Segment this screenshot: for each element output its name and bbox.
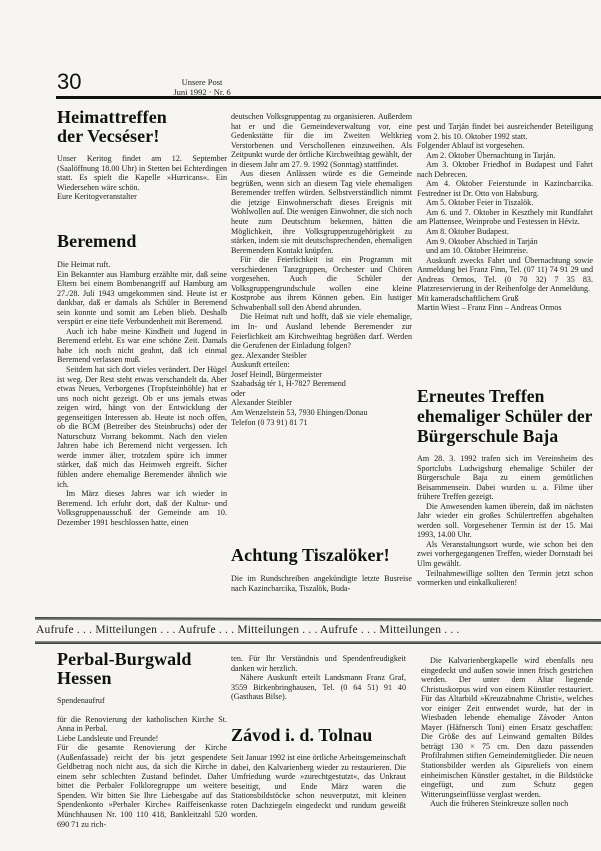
page-number: 30 (57, 70, 81, 94)
signature-line: Am Wenzelstein 53, 7930 Ehingen/Donau (231, 408, 412, 418)
divider-rule-top (35, 617, 601, 622)
paragraph: für die Renovierung der katholischen Kir… (57, 715, 227, 734)
signature-line: Telefon (0 73 91) 81 71 (231, 418, 412, 428)
signature-line: Josef Heindl, Bürgermeister (231, 370, 412, 380)
divider-text: Aufrufe . . . Mitteilungen . . . Aufrufe… (36, 623, 460, 638)
paragraph: Eure Keritogveranstalter (57, 192, 227, 202)
article-title: Erneutes Treffen ehemaliger Schüler der … (417, 386, 593, 446)
signature-line: oder (231, 389, 412, 399)
article-tiszalok-continued: pest und Tarján findet bei ausreichender… (417, 122, 593, 313)
divider-rule-bottom (35, 641, 601, 644)
signature-line: Szabadság tér 1, H-7827 Beremend (231, 379, 412, 389)
schedule-item: Am 8. Oktober Budapest. (417, 227, 593, 237)
paragraph: deutschen Volksgruppentag zu organisiere… (231, 112, 412, 169)
schedule-item: Am 3. Oktober Friedhof in Budapest und F… (417, 160, 593, 179)
article-zavod: Závod i. d. Tolnau Seit Januar 1992 ist … (231, 726, 406, 820)
article-title: Beremend (57, 232, 227, 251)
schedule-item: Am 6. und 7. Oktober in Keszthely mit Ru… (417, 208, 593, 227)
schedule-item: und am 10. Oktober Heimreise. (417, 246, 593, 256)
title-line: Perbal-Burgwald (57, 649, 192, 669)
paragraph: Aus diesen Anlässen würde es die Gemeind… (231, 169, 412, 255)
paragraph: Die Anwesenden kamen überein, daß im näc… (417, 502, 593, 540)
article-beremend-continued: deutschen Volksgruppentag zu organisiere… (231, 112, 412, 427)
article-perbal-continued: ten. Für Ihr Verständnis und Spendenfreu… (231, 654, 406, 702)
paragraph: Für die gesamte Renovierung der Kirche (… (57, 743, 227, 829)
section-divider-band: Aufrufe . . . Mitteilungen . . . Aufrufe… (30, 618, 601, 644)
paragraph: Die Heimat ruft und hofft, daß sie viele… (231, 312, 412, 350)
signature-line: Auskunft erteilen: (231, 360, 412, 370)
paragraph: Im März dieses Jahres war ich wieder in … (57, 489, 227, 527)
article-beremend: Beremend Die Heimat ruft. Ein Bekannter … (57, 232, 227, 527)
paragraph: Seit Januar 1992 ist eine örtliche Arbei… (231, 753, 406, 820)
article-title: Závod i. d. Tolnau (231, 726, 406, 745)
paragraph: Folgender Ablauf ist vorgesehen. (417, 141, 593, 151)
schedule-item: Am 4. Oktober Feierstunde in Kazincbarci… (417, 179, 593, 198)
paragraph: Auch ich habe meine Kindheit und Jugend … (57, 327, 227, 365)
paragraph: Ein Bekannter aus Hamburg erzählte mir, … (57, 270, 227, 327)
paragraph: Für die Feierlichkeit ist ein Programm m… (231, 255, 412, 312)
paragraph: Nähere Auskunft erteilt Landsmann Franz … (231, 673, 406, 702)
schedule-item: Am 5. Oktober Feier in Tiszalök. (417, 198, 593, 208)
signature-line: Alexander Steibler (231, 398, 412, 408)
article-vecses: Heimattreffen der Vecséser! Unser Kerito… (57, 108, 227, 202)
paragraph: Die Kalvarienbergkapelle wird ebenfalls … (421, 656, 593, 799)
masthead: Unsere Post Juni 1992 · Nr. 6 (162, 78, 242, 97)
article-title: Perbal-Burgwald Hessen (57, 650, 227, 688)
paragraph: Liebe Landsleute und Freunde! (57, 734, 227, 744)
article-perbal: Perbal-Burgwald Hessen Spendenaufruf für… (57, 650, 227, 829)
title-line: der Vecséser! (57, 126, 159, 146)
paragraph: pest und Tarján findet bei ausreichender… (417, 122, 593, 141)
schedule-item: Am 9. Oktober Abschied in Tarján (417, 237, 593, 247)
paragraph: Auch die früheren Steinkreuze sollen noc… (421, 799, 593, 809)
header-rule (56, 96, 601, 99)
paragraph: Als Veranstaltungsort wurde, wie schon b… (417, 540, 593, 569)
signature-line: gez. Alexander Steibler (231, 351, 412, 361)
paragraph: Unser Keritog findet am 12. September (S… (57, 154, 227, 192)
paragraph: Auskunft zwecks Fahrt und Übernachtung s… (417, 256, 593, 294)
paragraph: Die im Rundschreiben angekündigte letzte… (231, 574, 412, 593)
signature-line: Martin Wiest – Franz Finn – Andreas Ormo… (417, 303, 593, 313)
article-tiszalok: Achtung Tiszalöker! Die im Rundschreiben… (231, 546, 412, 593)
article-title: Heimattreffen der Vecséser! (57, 108, 227, 146)
paragraph: Die Heimat ruft. (57, 260, 227, 270)
paragraph: Teilnahmewillige sollten den Termin jetz… (417, 569, 593, 588)
paragraph: ten. Für Ihr Verständnis und Spendenfreu… (231, 654, 406, 673)
paragraph: Am 28. 3. 1992 trafen sich im Vereinshei… (417, 454, 593, 502)
schedule-item: Am 2. Oktober Übernachtung in Tarján. (417, 151, 593, 161)
paragraph: Seitdem hat sich dort vieles verändert. … (57, 365, 227, 489)
article-title: Achtung Tiszalöker! (231, 546, 412, 565)
article-baja: Erneutes Treffen ehemaliger Schüler der … (417, 386, 593, 588)
article-subtitle: Spendenaufruf (57, 696, 227, 706)
title-line: Hessen (57, 668, 112, 688)
signature-line: Mit kameradschaftlichem Gruß (417, 294, 593, 304)
article-zavod-continued: Die Kalvarienbergkapelle wird ebenfalls … (421, 656, 593, 809)
title-line: Heimattreffen (57, 107, 167, 127)
